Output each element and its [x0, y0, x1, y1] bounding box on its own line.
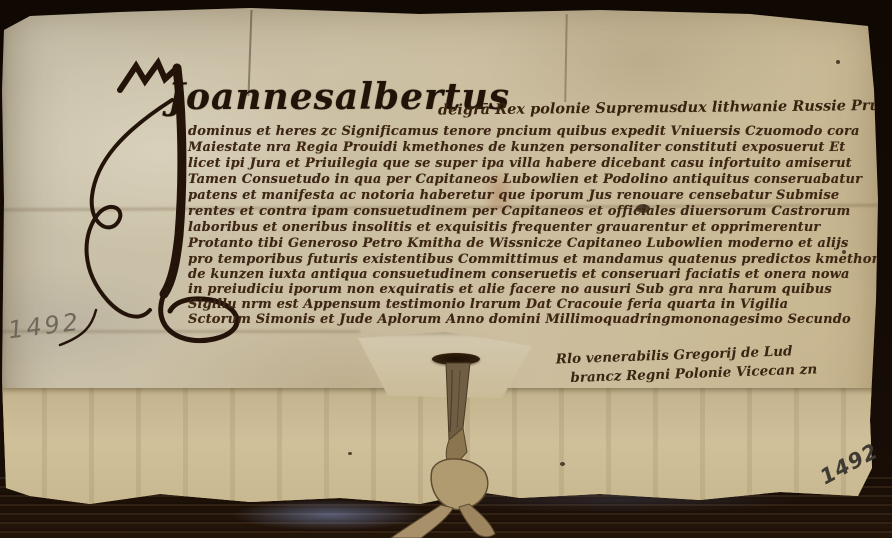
seal-tag — [0, 0, 892, 538]
photograph-of-charter: Joannesalbertus deigrā Rex polonie Supre… — [0, 0, 892, 538]
